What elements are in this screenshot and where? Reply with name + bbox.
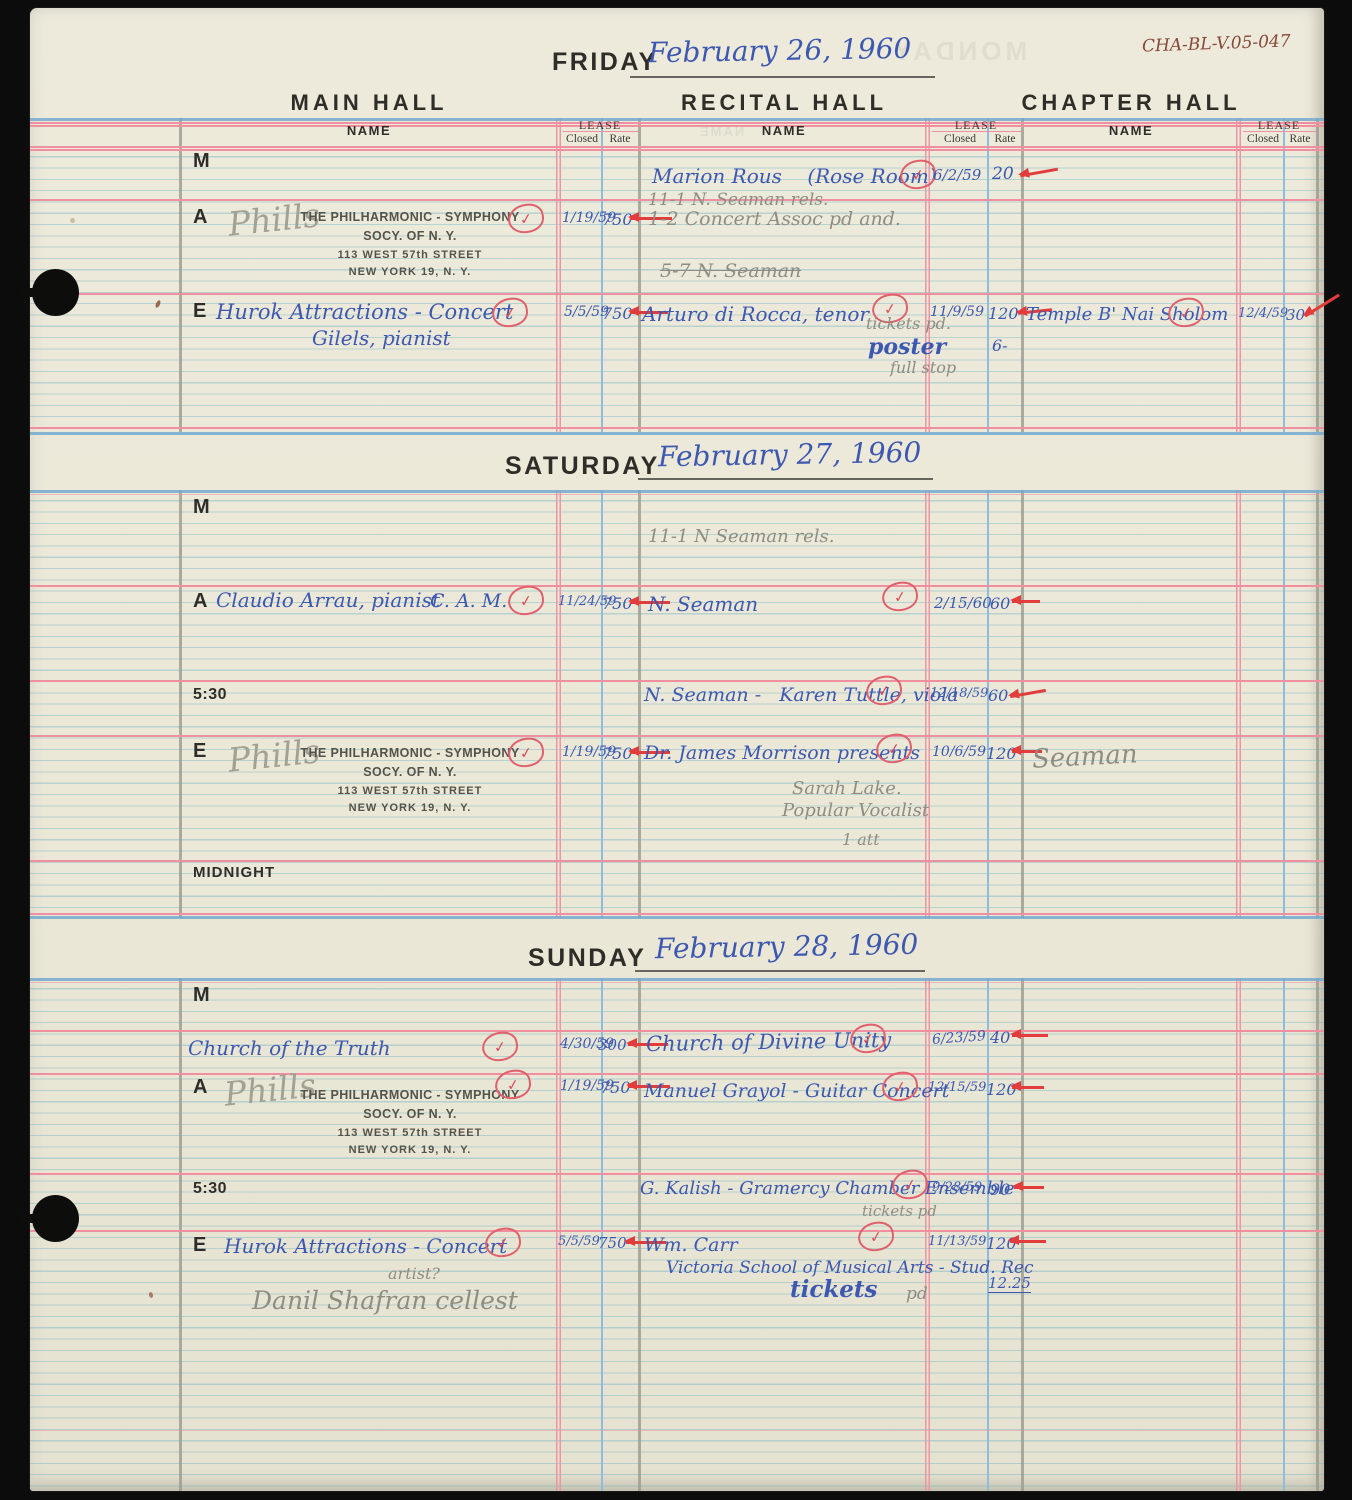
philharmonic-stamp: THE PHILHARMONIC - SYMPHONY SOCY. OF N. … xyxy=(285,744,535,817)
entry-note: pd xyxy=(906,1284,928,1304)
lease-rate-value: 60 xyxy=(988,686,1008,705)
lease-closed-value: 12/4/59 xyxy=(1238,306,1288,321)
time-label-530: 5:30 xyxy=(193,686,227,704)
lease-rate-value: 40 xyxy=(990,1028,1010,1047)
grid-line xyxy=(30,585,1324,587)
red-arrow-icon xyxy=(1012,1034,1048,1037)
stamp-line: 113 WEST 57th STREET xyxy=(285,783,535,800)
lease-closed-value: 10/6/59 xyxy=(932,744,986,760)
grid-line xyxy=(1316,978,1319,1491)
day-label-sunday: SUNDAY xyxy=(528,944,646,973)
entry-note: full stop xyxy=(890,358,956,377)
grid-line xyxy=(179,978,182,1491)
entry-note: 11-1 N Seaman rels. xyxy=(648,526,834,547)
grid-line xyxy=(1283,490,1285,918)
grid-line xyxy=(1316,118,1319,432)
time-label-m: M xyxy=(193,984,210,1007)
grid-line xyxy=(30,118,1324,121)
time-label-a: A xyxy=(193,206,207,229)
stamp-line: THE PHILHARMONIC - SYMPHONY SOCY. OF N. … xyxy=(285,744,535,783)
grid-line xyxy=(30,494,1324,495)
entry-note: Danil Shafran cellest xyxy=(252,1286,518,1315)
red-arrow-icon xyxy=(1010,1240,1046,1243)
hole-punch-bottom xyxy=(32,1195,79,1242)
grid-line xyxy=(30,735,1324,737)
entry-note: Seaman xyxy=(1031,739,1138,774)
paper-speck xyxy=(70,218,75,223)
grid-line xyxy=(1283,978,1285,1491)
date-underline xyxy=(630,76,935,78)
grid-line xyxy=(601,490,603,918)
grid-line xyxy=(556,490,561,918)
entry-name: Hurok Attractions - Concert xyxy=(224,1234,507,1258)
grid-line xyxy=(1316,490,1319,918)
lease-header-recital: LEASE xyxy=(955,118,997,133)
date-underline xyxy=(638,478,933,480)
grid-line xyxy=(30,149,1324,151)
entry-name: N. Seaman xyxy=(648,592,758,616)
rate-header-chapter: Rate xyxy=(1289,133,1310,145)
entry-name: Wm. Carr xyxy=(644,1234,738,1256)
reference-number: CHA-BL-V.05-047 xyxy=(1142,31,1291,56)
grid-line xyxy=(30,978,1324,981)
time-label-a: A xyxy=(193,590,207,613)
date-sunday: February 28, 1960 xyxy=(655,928,919,966)
grid-line xyxy=(30,146,1324,432)
philharmonic-stamp: THE PHILHARMONIC - SYMPHONY SOCY. OF N. … xyxy=(285,1086,535,1159)
grid-line xyxy=(30,860,1324,862)
entry-note: artist? xyxy=(388,1264,440,1283)
lease-closed-value: 5/5/59 xyxy=(558,1234,600,1249)
stamp-line: NEW YORK 19, N. Y. xyxy=(285,1142,535,1159)
date-underline xyxy=(635,970,925,972)
stamp-line: 113 WEST 57th STREET xyxy=(285,1125,535,1142)
entry-name-line2: Victoria School of Musical Arts - Stud. … xyxy=(666,1258,1033,1278)
entry-note-struck: 5-7 N. Seaman xyxy=(660,260,801,282)
date-friday: February 26, 1960 xyxy=(648,32,912,70)
entry-note: poster xyxy=(868,334,946,360)
closed-header-chapter: Closed xyxy=(1247,133,1279,145)
grid-line xyxy=(556,118,561,432)
lease-rate-value2: 12.25 xyxy=(988,1274,1031,1293)
lease-closed-value: 12/15/59 xyxy=(928,1080,986,1095)
lease-rate-value: 60 xyxy=(990,594,1010,613)
grid-line xyxy=(30,146,1324,148)
time-label-e: E xyxy=(193,300,206,323)
grid-line xyxy=(30,913,1324,915)
entry-note: 1 att xyxy=(842,830,880,849)
hole-punch-top xyxy=(32,269,79,316)
stamp-line: NEW YORK 19, N. Y. xyxy=(285,264,535,281)
entry-note: 1-2 Concert Assoc pd and. xyxy=(648,208,901,230)
closed-header-recital: Closed xyxy=(944,133,976,145)
stamp-line: NEW YORK 19, N. Y. xyxy=(285,800,535,817)
entry-note: 11-1 N. Seaman rels. xyxy=(648,190,828,210)
entry-name: Hurok Attractions - Concert xyxy=(216,300,513,324)
grid-line xyxy=(638,118,641,432)
col-name-header-chapter: NAME xyxy=(1109,123,1153,138)
lease-rate-value2: 6- xyxy=(992,336,1008,355)
lease-closed-value: 6/2/59 xyxy=(933,166,981,184)
grid-line xyxy=(30,1430,1324,1431)
grid-line xyxy=(638,978,641,1491)
lease-rate-value: 120 xyxy=(988,304,1019,323)
grid-line xyxy=(179,118,182,432)
col-name-header-main: NAME xyxy=(347,123,391,138)
time-label-m: M xyxy=(193,150,210,173)
grid-line xyxy=(1021,118,1024,432)
entry-note: Popular Vocalist xyxy=(782,800,929,821)
lease-rate-value: 300 xyxy=(598,1036,627,1054)
ledger-page: MONDAY NAME CHA-BL-V.05-047 FRIDAY Febru… xyxy=(30,8,1324,1491)
lease-closed-value: 9/28/59 xyxy=(932,1180,982,1195)
grid-line xyxy=(638,490,641,918)
red-arrow-icon xyxy=(1014,1186,1044,1189)
red-arrow-icon xyxy=(1012,1086,1044,1089)
grid-line xyxy=(601,118,603,432)
time-label-530: 5:30 xyxy=(193,1180,227,1198)
time-label-midnight: MIDNIGHT xyxy=(193,864,275,881)
entry-name-line2: Gilels, pianist xyxy=(312,326,451,350)
date-saturday: February 27, 1960 xyxy=(658,436,922,474)
hall-title-recital: RECITAL HALL xyxy=(681,90,887,116)
lease-rate-value: 750 xyxy=(598,1234,627,1252)
entry-name: Marion Rous (Rose Room) xyxy=(652,164,937,188)
entry-name: N. Seaman - Karen Tuttle, viola xyxy=(644,684,959,706)
entry-agency: C. A. M. xyxy=(430,590,507,612)
time-label-e: E xyxy=(193,740,206,763)
grid-line xyxy=(987,118,989,432)
grid-line xyxy=(1236,490,1241,918)
grid-line xyxy=(30,1173,1324,1175)
entry-note: Sarah Lake. xyxy=(792,778,902,799)
lease-rate-value: 20 xyxy=(992,164,1014,184)
day-label-friday: FRIDAY xyxy=(552,48,658,77)
grid-line xyxy=(30,680,1324,682)
grid-line xyxy=(1283,118,1285,432)
ghost-text-name: NAME xyxy=(698,124,744,139)
grid-line xyxy=(1021,978,1024,1491)
grid-line xyxy=(30,427,1324,429)
time-label-e: E xyxy=(193,1234,206,1257)
grid-line xyxy=(1236,118,1241,432)
closed-header-main: Closed xyxy=(566,133,598,145)
time-label-m: M xyxy=(193,496,210,519)
grid-line xyxy=(1236,978,1241,1491)
lease-closed-value: 2/15/60 xyxy=(934,594,992,612)
lease-header-main: LEASE xyxy=(579,118,621,133)
rate-header-recital: Rate xyxy=(994,133,1015,145)
red-arrow-icon xyxy=(1012,600,1040,603)
entry-name: Arturo di Rocca, tenor xyxy=(642,302,869,326)
hall-title-chapter: CHAPTER HALL xyxy=(1021,90,1240,116)
entry-name: Church of the Truth xyxy=(188,1036,391,1060)
lease-closed-value: 12/18/59 xyxy=(930,686,988,701)
lease-rate-value: 90 xyxy=(990,1180,1010,1199)
grid-line xyxy=(30,1230,1324,1232)
philharmonic-stamp: THE PHILHARMONIC - SYMPHONY SOCY. OF N. … xyxy=(285,208,535,281)
grid-line xyxy=(30,916,1324,919)
entry-name: Claudio Arrau, pianist xyxy=(216,588,440,612)
grid-line xyxy=(30,490,1324,493)
grid-line xyxy=(30,982,1324,983)
col-name-header-recital: NAME xyxy=(762,123,806,138)
day-label-saturday: SATURDAY xyxy=(505,452,660,481)
lease-header-chapter: LEASE xyxy=(1258,118,1300,133)
time-label-a: A xyxy=(193,1076,207,1099)
grid-line xyxy=(1021,490,1024,918)
grid-line xyxy=(179,490,182,918)
grid-line xyxy=(30,432,1324,435)
stamp-line: THE PHILHARMONIC - SYMPHONY SOCY. OF N. … xyxy=(285,208,535,247)
rate-header-main: Rate xyxy=(609,133,630,145)
hall-title-main: MAIN HALL xyxy=(291,90,448,116)
grid-line xyxy=(30,293,1324,295)
lease-closed-value: 11/9/59 xyxy=(930,304,984,320)
lease-closed-value: 11/13/59 xyxy=(928,1234,986,1249)
entry-note: tickets pd xyxy=(862,1202,937,1220)
stamp-line: 113 WEST 57th STREET xyxy=(285,247,535,264)
entry-note: tickets xyxy=(790,1276,878,1303)
